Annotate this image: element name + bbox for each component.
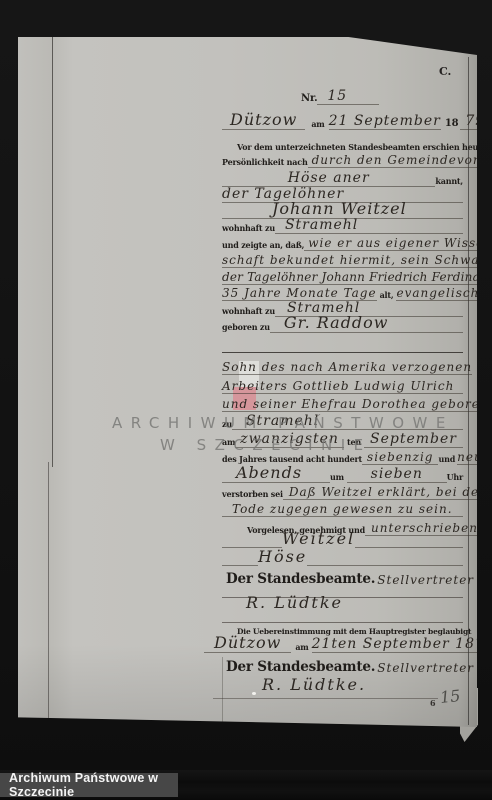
document-page: C. Nr. 15 Dützow am 21 September 18 79 V… [18,37,477,727]
parentage-line-2: Arbeiters Gottlieb Ludwig Ulrich [222,376,463,394]
anzeige-printed: und zeigte an, daß, [222,240,304,250]
death-statement-line: verstorben sei Daß Weitzel erklärt, bei … [222,482,463,500]
page-number-pencil: 15 [439,686,461,707]
death-place-line: zu Stramehl [222,412,463,430]
persona-hand: durch den Gemeindevorsteher [308,153,492,168]
binding-crease [52,37,53,467]
place-date-line: Dützow am 21 September 18 79 [222,107,463,130]
geboren-label: geboren zu [222,322,270,332]
geboren-value: Gr. Raddow [270,314,403,333]
official-signature: R. Lüdtke [246,594,343,612]
form-series-mark: C. [439,65,451,78]
parentage-line-1: Sohn des nach Amerika verzogenen [222,357,463,375]
archive-label-chip: Archiwum Państwowe w Szczecinie [0,773,178,797]
section-divider [222,352,463,353]
uhr-printed: Uhr [447,472,463,482]
page-number-printed: 6 [430,698,436,708]
wohnhaft-label: wohnhaft zu [222,223,275,233]
zu-value: Stramehl [232,413,333,430]
zu-label: zu [222,419,232,429]
death-time-line: Abends um sieben Uhr [222,465,463,483]
death-statement-line-2: Tode zugegen gewesen zu sein. [222,499,463,517]
sohn-hand-3: und seiner Ehefrau Dorothea geboren Mälz… [222,397,492,412]
jahr-hand-1: siebenzig [362,450,438,465]
verstorben-hand-2: Tode zugegen gewesen zu sein. [222,502,463,517]
registrar-title-line: Der Standesbeamte. Stellvertreter [222,567,463,587]
persona-label: Persönlichkeit nach [222,157,308,167]
archive-label: Archiwum Państwowe w Szczecinie [9,771,178,799]
sohn-hand-2: Arbeiters Gottlieb Ludwig Ulrich [222,379,463,394]
stunde-hand: sieben [347,466,447,483]
persona-line: Persönlichkeit nach durch den Gemeindevo… [222,150,463,168]
footer-bar: Archiwum Państwowe w Szczecinie [0,770,492,800]
sohn-hand: Sohn des nach Amerika verzogenen [222,360,472,375]
nr-label: Nr. [301,93,317,105]
day-hand: zwanzigsten [235,431,344,448]
beglaubigung-place: Dützow [204,634,291,653]
official-signature-line-1: R. Lüdtke [222,590,463,612]
beglaubigung-am: am [295,642,308,652]
record-number-line: Nr. 15 [301,87,379,105]
official-signature-line-2: R. Lüdtke. [222,672,463,694]
birthplace-line: geboren zu Gr. Raddow [222,315,463,333]
am-label: am [311,119,324,129]
registrar-witness-signature-line: Höse [222,544,463,566]
anzeige-hand: wie er aus eigener Wissen- [304,236,492,251]
wohnhaft-value: Stramehl [275,217,368,234]
month-hand: September [364,431,463,448]
ten-printed: ten [347,437,361,447]
und-printed: und [438,454,455,464]
beglaubigung-date: 21ten September 1879. [312,636,492,653]
nr-value: 15 [317,88,357,105]
certification-place-date-line: Dützow am 21ten September 1879. [204,630,466,653]
report-line-2: schaft bekundet hiermit, sein Schwager, [222,250,463,268]
verstorben-printed: verstorben sei [222,489,283,499]
parentage-line-3: und seiner Ehefrau Dorothea geboren Mälz… [222,394,463,412]
date-hand: 21 September [329,113,441,130]
residence-line-1: wohnhaft zu Stramehl [222,216,463,234]
standesbeamte-hand: Stellvertreter [375,573,474,587]
place-hand: Dützow [222,111,305,130]
verstorben-hand: Daß Weitzel erklärt, bei dem [283,485,492,500]
am2-label: am [222,437,235,447]
standesbeamte-label: Der Standesbeamte. [226,572,375,587]
report-line-1: und zeigte an, daß, wie er aus eigener W… [222,233,463,251]
signature-rule [213,698,438,699]
witness-signature: Höse [258,548,307,566]
year-printed: 18 [445,118,459,130]
binding-crease-lower [48,462,49,724]
official-signature-2: R. Lüdtke. [262,676,366,694]
anzeige-hand-2: schaft bekundet hiermit, sein Schwager, [222,253,492,268]
um-printed: um [330,472,344,482]
tageszeit-hand: Abends [222,464,316,483]
death-day-line: am zwanzigsten ten September [222,430,463,448]
